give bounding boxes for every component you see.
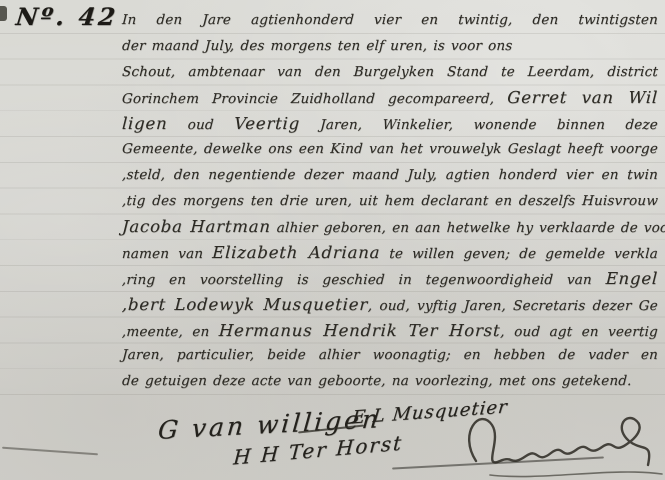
act-text-segment: namen van bbox=[122, 246, 213, 262]
act-text-block: In den Jare agtienhonderd vier en twinti… bbox=[122, 8, 658, 395]
person-name: ,bert Lodewyk Musquetier bbox=[122, 295, 369, 314]
registrar-signature-flourish bbox=[452, 403, 664, 480]
act-line: namen van Elizabeth Adriana te willen ge… bbox=[121, 240, 658, 266]
act-line: ,bert Lodewyk Musquetier, oud, vyftig Ja… bbox=[121, 292, 658, 318]
act-line: Gorinchem Provincie Zuidholland gecompar… bbox=[121, 85, 658, 111]
act-text-segment: Jaren, particulier, beide alhier woonagt… bbox=[122, 347, 659, 363]
person-name: Gerret van Wil bbox=[507, 88, 659, 107]
person-name: Jacoba Hartman bbox=[122, 217, 272, 236]
act-line: ,tig des morgens ten drie uren, uit hem … bbox=[121, 189, 658, 215]
act-text-segment: te willen geven; de gemelde verkla bbox=[380, 246, 659, 262]
act-line: de getuigen deze acte van geboorte, na v… bbox=[121, 369, 658, 395]
act-text-segment: ,ring en voorstelling is geschied in teg… bbox=[122, 272, 607, 288]
act-text-segment: Schout, ambtenaar van den Burgelyken Sta… bbox=[122, 64, 659, 80]
act-text-segment: , oud agt en veertig bbox=[500, 324, 658, 340]
act-line: ,meente, en Hermanus Hendrik Ter Horst, … bbox=[121, 318, 658, 344]
person-name: Veertig bbox=[234, 114, 301, 133]
act-text-segment: oud bbox=[167, 117, 234, 133]
record-number: Nº. 42 bbox=[14, 2, 119, 31]
act-line: In den Jare agtienhonderd vier en twinti… bbox=[121, 8, 658, 34]
act-text-segment: de getuigen deze acte van geboorte, na v… bbox=[122, 373, 632, 389]
person-name: Hermanus Hendrik Ter Horst bbox=[218, 321, 501, 340]
act-text-segment: ,steld, den negentiende dezer maand July… bbox=[122, 167, 659, 183]
person-name: Engel bbox=[605, 269, 658, 288]
act-text-segment: der maand July, des morgens ten elf uren… bbox=[122, 38, 513, 54]
signature-flourish-stroke bbox=[2, 447, 98, 456]
act-text-segment: ,meente, en bbox=[122, 324, 220, 340]
scanned-birth-certificate: Nº. 42 In den Jare agtienhonderd vier en… bbox=[0, 0, 665, 480]
person-name: Elizabeth Adriana bbox=[212, 243, 381, 262]
act-text-segment: , oud, vyftig Jaren, Secretaris dezer Ge bbox=[368, 298, 659, 314]
scan-edge-mark bbox=[0, 6, 7, 21]
act-text-segment: alhier geboren, en aan hetwelke hy verkl… bbox=[270, 220, 665, 236]
act-line: Jacoba Hartman alhier geboren, en aan he… bbox=[121, 214, 658, 240]
act-line: Gemeente, dewelke ons een Kind van het v… bbox=[121, 137, 658, 163]
act-line: der maand July, des morgens ten elf uren… bbox=[121, 34, 658, 60]
act-line: Schout, ambtenaar van den Burgelyken Sta… bbox=[121, 60, 658, 86]
act-text-segment: Gorinchem Provincie Zuidholland gecompar… bbox=[122, 91, 508, 107]
act-line: Jaren, particulier, beide alhier woonagt… bbox=[121, 343, 658, 369]
act-text-segment: Gemeente, dewelke ons een Kind van het v… bbox=[122, 141, 659, 157]
person-name: ligen bbox=[122, 114, 169, 133]
act-line: ,ring en voorstelling is geschied in teg… bbox=[121, 266, 658, 292]
act-line: ,steld, den negentiende dezer maand July… bbox=[121, 163, 658, 189]
act-line: ligen oud Veertig Jaren, Winkelier, wone… bbox=[121, 111, 658, 137]
act-text-segment: ,tig des morgens ten drie uren, uit hem … bbox=[122, 193, 659, 209]
act-text-segment: In den Jare agtienhonderd vier en twinti… bbox=[122, 12, 659, 28]
act-text-segment: Jaren, Winkelier, wonende binnen deze bbox=[300, 117, 659, 133]
